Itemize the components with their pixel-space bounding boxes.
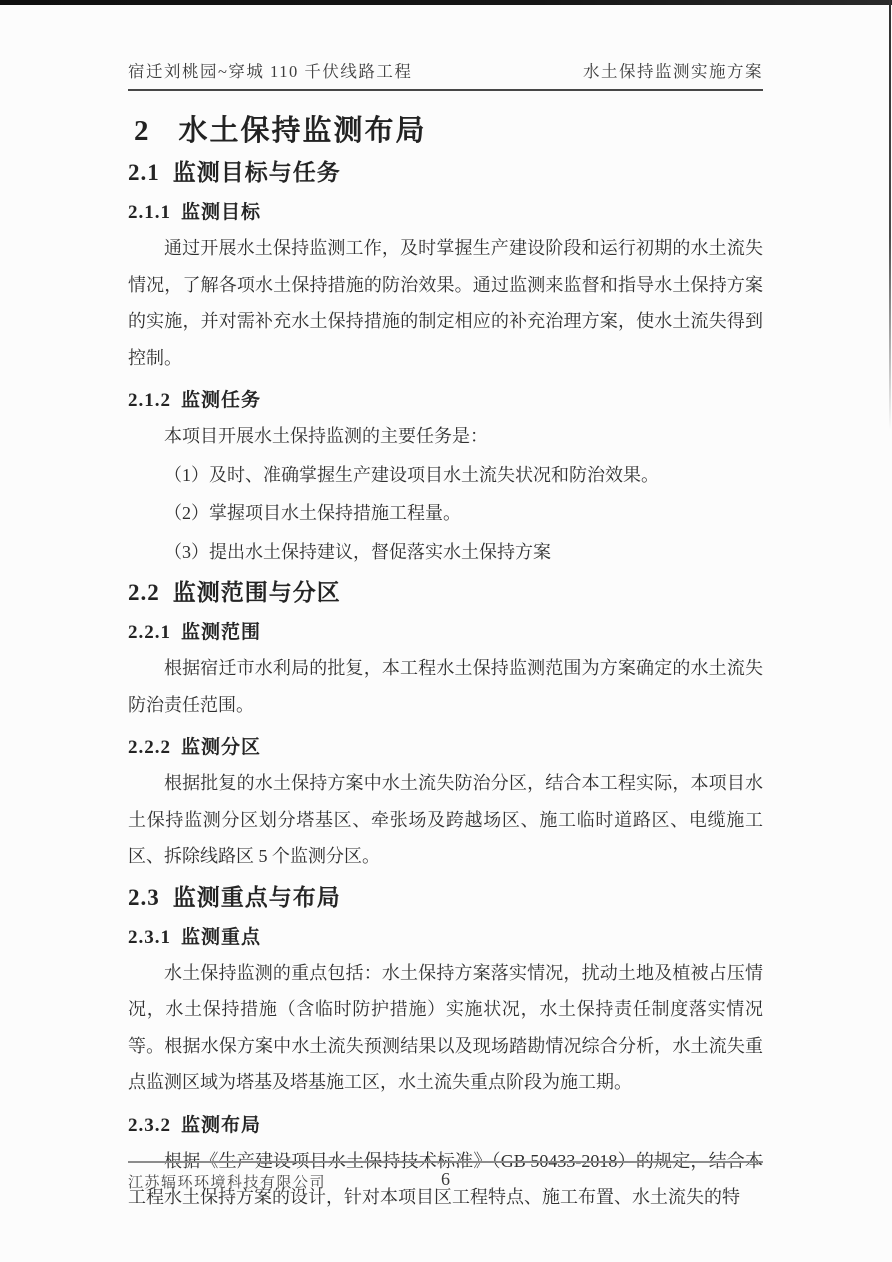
chapter-title: 水土保持监测布局 [179, 115, 427, 147]
subsection-heading-2-2-2: 2.2.2监测分区 [128, 734, 763, 761]
subsection-number: 2.2.1 [128, 622, 171, 643]
subsection-heading-2-1-2: 2.1.2监测任务 [128, 387, 763, 414]
page-column: 宿迁刘桃园~穿城 110 千伏线路工程 水土保持监测实施方案 2水土保持监测布局… [128, 58, 763, 1216]
section-number: 2.1 [128, 160, 160, 185]
chapter-heading: 2水土保持监测布局 [134, 112, 763, 150]
section-title: 监测范围与分区 [173, 580, 341, 605]
subsection-number: 2.3.1 [128, 927, 171, 948]
section-number: 2.3 [128, 885, 160, 910]
paragraph-monitoring-zones: 根据批复的水土保持方案中水土流失防治分区，结合本工程实际，本项目水土保持监测分区… [128, 765, 763, 875]
list-item-task-1: （1）及时、准确掌握生产建设项目水土流失状况和防治效果。 [128, 457, 763, 494]
subsection-title: 监测目标 [181, 202, 261, 223]
list-item-task-3: （3）提出水土保持建议，督促落实水土保持方案 [128, 534, 763, 571]
paragraph-monitoring-focus: 水土保持监测的重点包括：水土保持方案落实情况，扰动土地及植被占压情况，水土保持措… [128, 955, 763, 1101]
subsection-number: 2.1.1 [128, 202, 171, 223]
subsection-title: 监测任务 [181, 390, 261, 411]
page-header: 宿迁刘桃园~穿城 110 千伏线路工程 水土保持监测实施方案 [128, 58, 763, 91]
subsection-title: 监测布局 [181, 1115, 261, 1136]
section-title: 监测目标与任务 [173, 160, 341, 185]
subsection-heading-2-2-1: 2.2.1监测范围 [128, 619, 763, 646]
subsection-number: 2.2.2 [128, 737, 171, 758]
list-item-task-2: （2）掌握项目水土保持措施工程量。 [128, 495, 763, 532]
section-heading-2-2: 2.2监测范围与分区 [128, 578, 763, 608]
subsection-number: 2.3.2 [128, 1115, 171, 1136]
subsection-heading-2-3-2: 2.3.2监测布局 [128, 1112, 763, 1139]
footer-page-number: 6 [128, 1169, 763, 1190]
subsection-heading-2-3-1: 2.3.1监测重点 [128, 924, 763, 951]
paragraph-monitoring-scope: 根据宿迁市水利局的批复，本工程水土保持监测范围为方案确定的水土流失防治责任范围。 [128, 650, 763, 723]
section-number: 2.2 [128, 580, 160, 605]
header-doc-title: 水土保持监测实施方案 [583, 58, 763, 82]
section-heading-2-1: 2.1监测目标与任务 [128, 158, 763, 188]
subsection-title: 监测重点 [181, 927, 261, 948]
paragraph-task-intro: 本项目开展水土保持监测的主要任务是： [128, 418, 763, 455]
document-page: 宿迁刘桃园~穿城 110 千伏线路工程 水土保持监测实施方案 2水土保持监测布局… [0, 0, 892, 1262]
subsection-number: 2.1.2 [128, 390, 171, 411]
document-body: 2水土保持监测布局 2.1监测目标与任务 2.1.1监测目标 通过开展水土保持监… [128, 112, 763, 1216]
scan-top-edge-artifact [0, 0, 892, 5]
section-title: 监测重点与布局 [173, 885, 341, 910]
chapter-number: 2 [134, 115, 151, 147]
page-footer: 江苏辐环环境科技有限公司 6 [128, 1161, 763, 1163]
subsection-title: 监测范围 [181, 622, 261, 643]
scan-right-edge-artifact [889, 0, 891, 430]
section-heading-2-3: 2.3监测重点与布局 [128, 883, 763, 913]
subsection-title: 监测分区 [181, 737, 261, 758]
header-project-title: 宿迁刘桃园~穿城 110 千伏线路工程 [128, 58, 412, 82]
subsection-heading-2-1-1: 2.1.1监测目标 [128, 199, 763, 226]
paragraph-monitoring-objective: 通过开展水土保持监测工作，及时掌握生产建设阶段和运行初期的水土流失情况，了解各项… [128, 230, 763, 376]
